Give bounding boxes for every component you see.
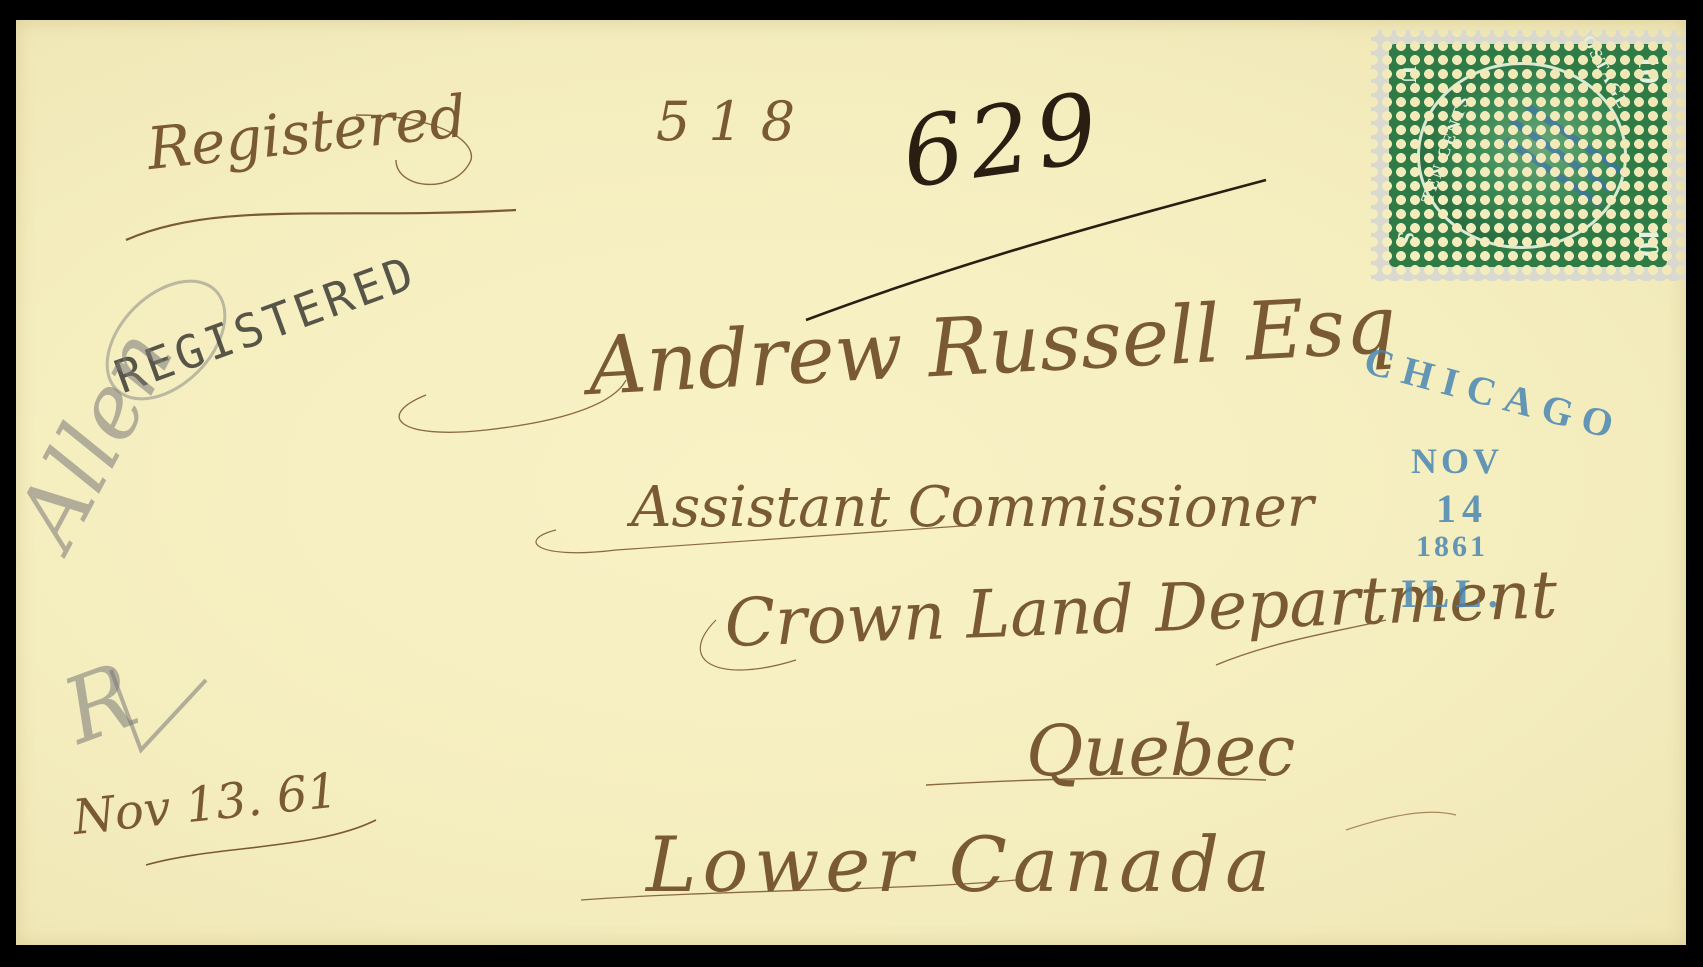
registry-number-large: 629 — [895, 71, 1110, 210]
address-line-1: Andrew Russell Esq — [586, 278, 1398, 413]
stamp-value-bottom: 10 — [1631, 227, 1665, 257]
address-line-5: Lower Canada — [646, 820, 1276, 909]
date-note: Nov 13. 61 — [70, 763, 340, 846]
stamp-initial-bottom: S — [1391, 232, 1418, 247]
pencil-mark-allen: Allen — [0, 313, 193, 563]
stamp-initial-top: U — [1393, 66, 1420, 85]
postmark-month: NOV — [1411, 440, 1503, 482]
envelope: Registered 518 629 REGISTERED Allen R No… — [16, 20, 1686, 945]
pencil-mark-r: R — [50, 643, 150, 765]
stamp-value-top: 10 — [1631, 54, 1665, 84]
address-line-4: Quebec — [1026, 710, 1295, 792]
address-line-2: Assistant Commissioner — [631, 475, 1314, 540]
postmark-day: 14 — [1436, 485, 1488, 532]
registered-manuscript: Registered — [144, 82, 470, 183]
postmark-year: 1861 — [1416, 530, 1488, 564]
postmark-state: ILL. — [1401, 570, 1504, 617]
postmark-town: CHICAGO — [1359, 336, 1628, 450]
postage-stamp: U.S. POSTAGE TEN CENTS 10 10 U S — [1371, 30, 1685, 281]
registry-number-small: 518 — [656, 90, 813, 153]
stamp-cancel — [1501, 100, 1631, 210]
chicago-postmark: CHICAGO NOV 14 1861 ILL. — [1351, 350, 1611, 610]
